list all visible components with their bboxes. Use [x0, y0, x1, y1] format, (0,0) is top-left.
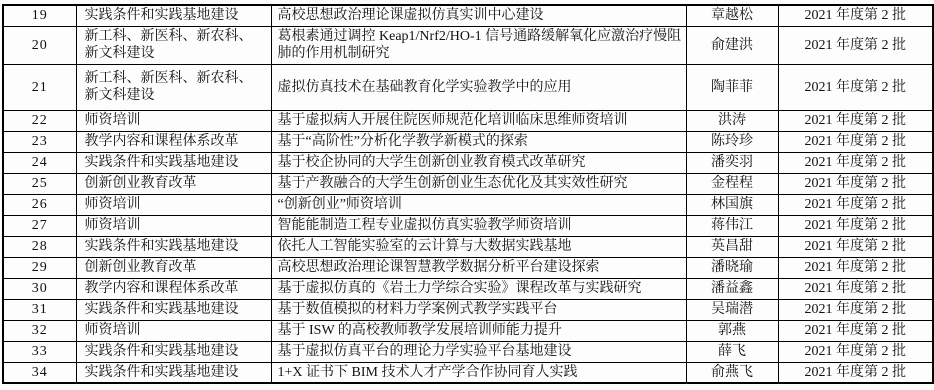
leader-name-cell: 薛飞	[686, 341, 778, 362]
project-title-cell: 基于虚拟病人开展住院医师规范化培训临床思维师资培训	[271, 110, 686, 131]
category-cell: 教学内容和课程体系改革	[76, 278, 271, 299]
leader-name-cell: 潘奕羽	[686, 152, 778, 173]
row-number-cell: 30	[3, 278, 76, 299]
table-row: 25 创新创业教育改革 基于产教融合的大学生创新创业生态优化及其实效性研究 金程…	[3, 173, 933, 194]
project-title-cell: “创新创业”师资培训	[271, 194, 686, 215]
table-row: 34 实践条件和实践基地建设 1+X 证书下 BIM 技术人才产学合作协同育人实…	[3, 362, 933, 383]
category-cell: 实践条件和实践基地建设	[76, 341, 271, 362]
category-cell: 实践条件和实践基地建设	[76, 362, 271, 383]
batch-cell: 2021 年度第 2 批	[778, 341, 933, 362]
batch-cell: 2021 年度第 2 批	[778, 26, 933, 64]
batch-cell: 2021 年度第 2 批	[778, 110, 933, 131]
project-title-cell: 虚拟仿真技术在基础教育化学实验教学中的应用	[271, 64, 686, 110]
project-title-cell: 智能能制造工程专业虚拟仿真实验教学师资培训	[271, 215, 686, 236]
table-row: 29 创新创业教育改革 高校思想政治理论课智慧教学数据分析平台建设探索 潘晓瑜 …	[3, 257, 933, 278]
category-cell: 实践条件和实践基地建设	[76, 299, 271, 320]
row-number-cell: 21	[3, 64, 76, 110]
leader-name-cell: 陶菲菲	[686, 64, 778, 110]
category-cell: 师资培训	[76, 215, 271, 236]
row-number-cell: 31	[3, 299, 76, 320]
table-row: 26 师资培训 “创新创业”师资培训 林国旗 2021 年度第 2 批	[3, 194, 933, 215]
category-cell: 新工科、新医科、新农科、新文科建设	[76, 26, 271, 64]
projects-table: 19 实践条件和实践基地建设 高校思想政治理论课虚拟仿真实训中心建设 章越松 2…	[2, 4, 934, 384]
batch-cell: 2021 年度第 2 批	[778, 320, 933, 341]
project-title-cell: 基于产教融合的大学生创新创业生态优化及其实效性研究	[271, 173, 686, 194]
project-title-cell: 依托人工智能实验室的云计算与大数据实践基地	[271, 236, 686, 257]
batch-cell: 2021 年度第 2 批	[778, 64, 933, 110]
category-cell: 新工科、新医科、新农科、新文科建设	[76, 64, 271, 110]
projects-table-body: 19 实践条件和实践基地建设 高校思想政治理论课虚拟仿真实训中心建设 章越松 2…	[3, 5, 933, 383]
leader-name-cell: 陈玲珍	[686, 131, 778, 152]
table-row: 19 实践条件和实践基地建设 高校思想政治理论课虚拟仿真实训中心建设 章越松 2…	[3, 5, 933, 26]
table-row: 31 实践条件和实践基地建设 基于数值模拟的材料力学案例式教学实践平台 吴瑞潜 …	[3, 299, 933, 320]
table-row: 20 新工科、新医科、新农科、新文科建设 葛根素通过调控 Keap1/Nrf2/…	[3, 26, 933, 64]
leader-name-cell: 金程程	[686, 173, 778, 194]
leader-name-cell: 英昌甜	[686, 236, 778, 257]
leader-name-cell: 吴瑞潜	[686, 299, 778, 320]
category-cell: 师资培训	[76, 320, 271, 341]
row-number-cell: 27	[3, 215, 76, 236]
category-cell: 师资培训	[76, 194, 271, 215]
project-title-cell: 基于虚拟仿真平台的理论力学实验平台基地建设	[271, 341, 686, 362]
project-title-cell: 葛根素通过调控 Keap1/Nrf2/HO-1 信号通路缓解氧化应激治疗慢阻肺的…	[271, 26, 686, 64]
table-row: 24 实践条件和实践基地建设 基于校企协同的大学生创新创业教育模式改革研究 潘奕…	[3, 152, 933, 173]
project-title-cell: 高校思想政治理论课智慧教学数据分析平台建设探索	[271, 257, 686, 278]
leader-name-cell: 俞燕飞	[686, 362, 778, 383]
leader-name-cell: 蒋伟江	[686, 215, 778, 236]
batch-cell: 2021 年度第 2 批	[778, 173, 933, 194]
batch-cell: 2021 年度第 2 批	[778, 299, 933, 320]
category-cell: 实践条件和实践基地建设	[76, 152, 271, 173]
category-cell: 实践条件和实践基地建设	[76, 236, 271, 257]
table-row: 33 实践条件和实践基地建设 基于虚拟仿真平台的理论力学实验平台基地建设 薛飞 …	[3, 341, 933, 362]
project-title-cell: 基于虚拟仿真的《岩土力学综合实验》课程改革与实践研究	[271, 278, 686, 299]
leader-name-cell: 潘晓瑜	[686, 257, 778, 278]
row-number-cell: 23	[3, 131, 76, 152]
row-number-cell: 33	[3, 341, 76, 362]
table-row: 23 教学内容和课程体系改革 基于“高阶性”分析化学教学新模式的探索 陈玲珍 2…	[3, 131, 933, 152]
project-title-cell: 基于数值模拟的材料力学案例式教学实践平台	[271, 299, 686, 320]
category-cell: 师资培训	[76, 110, 271, 131]
project-title-cell: 基于 ISW 的高校教师教学发展培训师能力提升	[271, 320, 686, 341]
category-cell: 教学内容和课程体系改革	[76, 131, 271, 152]
row-number-cell: 29	[3, 257, 76, 278]
row-number-cell: 19	[3, 5, 76, 26]
leader-name-cell: 郭燕	[686, 320, 778, 341]
row-number-cell: 24	[3, 152, 76, 173]
batch-cell: 2021 年度第 2 批	[778, 131, 933, 152]
table-row: 30 教学内容和课程体系改革 基于虚拟仿真的《岩土力学综合实验》课程改革与实践研…	[3, 278, 933, 299]
leader-name-cell: 洪涛	[686, 110, 778, 131]
row-number-cell: 26	[3, 194, 76, 215]
table-row: 32 师资培训 基于 ISW 的高校教师教学发展培训师能力提升 郭燕 2021 …	[3, 320, 933, 341]
row-number-cell: 22	[3, 110, 76, 131]
batch-cell: 2021 年度第 2 批	[778, 5, 933, 26]
leader-name-cell: 林国旗	[686, 194, 778, 215]
batch-cell: 2021 年度第 2 批	[778, 152, 933, 173]
row-number-cell: 32	[3, 320, 76, 341]
leader-name-cell: 章越松	[686, 5, 778, 26]
row-number-cell: 20	[3, 26, 76, 64]
project-title-cell: 基于“高阶性”分析化学教学新模式的探索	[271, 131, 686, 152]
batch-cell: 2021 年度第 2 批	[778, 257, 933, 278]
document-page: 19 实践条件和实践基地建设 高校思想政治理论课虚拟仿真实训中心建设 章越松 2…	[0, 0, 934, 390]
project-title-cell: 高校思想政治理论课虚拟仿真实训中心建设	[271, 5, 686, 26]
category-cell: 创新创业教育改革	[76, 257, 271, 278]
row-number-cell: 25	[3, 173, 76, 194]
category-cell: 实践条件和实践基地建设	[76, 5, 271, 26]
row-number-cell: 28	[3, 236, 76, 257]
table-row: 27 师资培训 智能能制造工程专业虚拟仿真实验教学师资培训 蒋伟江 2021 年…	[3, 215, 933, 236]
batch-cell: 2021 年度第 2 批	[778, 278, 933, 299]
leader-name-cell: 潘益鑫	[686, 278, 778, 299]
batch-cell: 2021 年度第 2 批	[778, 236, 933, 257]
table-row: 28 实践条件和实践基地建设 依托人工智能实验室的云计算与大数据实践基地 英昌甜…	[3, 236, 933, 257]
batch-cell: 2021 年度第 2 批	[778, 194, 933, 215]
category-cell: 创新创业教育改革	[76, 173, 271, 194]
table-row: 21 新工科、新医科、新农科、新文科建设 虚拟仿真技术在基础教育化学实验教学中的…	[3, 64, 933, 110]
project-title-cell: 基于校企协同的大学生创新创业教育模式改革研究	[271, 152, 686, 173]
batch-cell: 2021 年度第 2 批	[778, 362, 933, 383]
table-row: 22 师资培训 基于虚拟病人开展住院医师规范化培训临床思维师资培训 洪涛 202…	[3, 110, 933, 131]
leader-name-cell: 俞建洪	[686, 26, 778, 64]
project-title-cell: 1+X 证书下 BIM 技术人才产学合作协同育人实践	[271, 362, 686, 383]
row-number-cell: 34	[3, 362, 76, 383]
batch-cell: 2021 年度第 2 批	[778, 215, 933, 236]
